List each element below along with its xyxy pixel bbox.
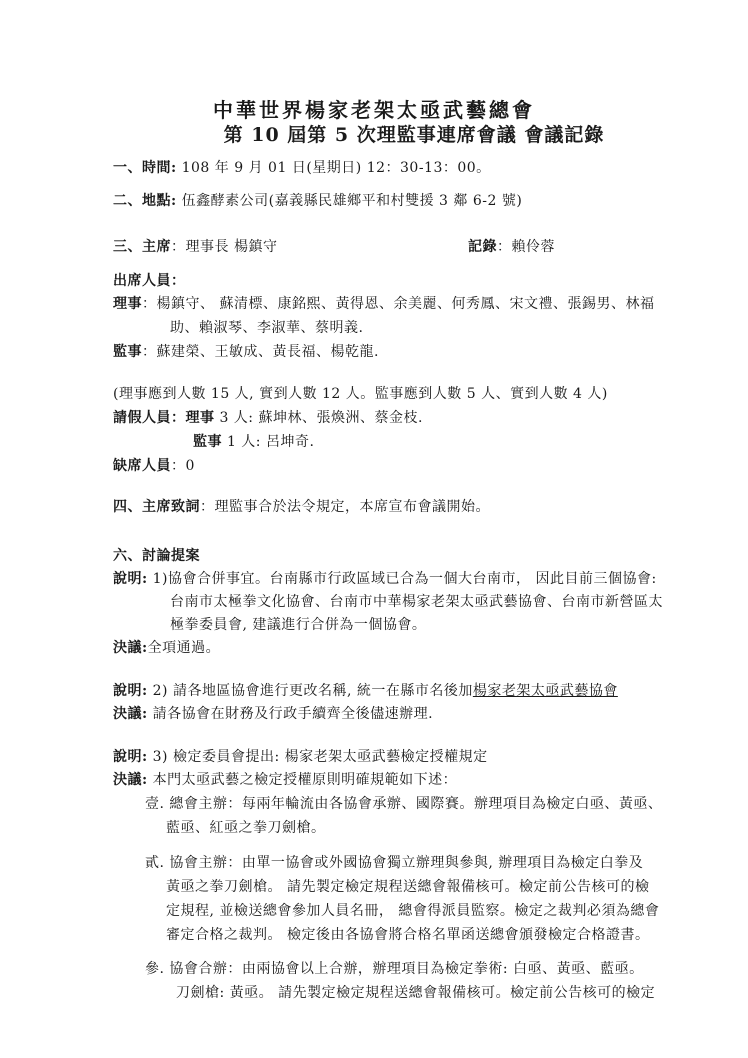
- item1-explain-cont1: 台南市太極拳文化協會、台南市中華楊家老架太亟武藝協會、台南市新營區太: [170, 591, 663, 611]
- leave-label: 請假人員：: [113, 410, 186, 426]
- discussion-heading: 六、討論提案: [113, 545, 200, 565]
- rule-3-line2: 刀劍槍: 黃亟。 請先製定檢定規程送總會報備核可。檢定前公告核可的檢定: [176, 982, 655, 1002]
- item1-explain-label: 說明:: [113, 571, 148, 587]
- rule-2-line3: 定規程, 並檢送總會參加人員名冊， 總會得派員監察。檢定之裁判必須為總會: [166, 900, 659, 920]
- leave-supervisors-row: 監事 1 人: 呂坤奇.: [193, 431, 314, 451]
- item1-resolution-text: 全項通過。: [148, 640, 221, 656]
- chair-row: 三、主席：理事長 楊鎮守: [113, 236, 277, 256]
- item3-explain-label: 說明:: [113, 749, 148, 765]
- item2-resolution-label: 決議:: [113, 706, 148, 722]
- absent-value: ：0: [171, 458, 195, 474]
- recorder-value: ：賴伶蓉: [497, 239, 555, 255]
- attendance-counts: (理事應到人數 15 人, 實到人數 12 人。監事應到人數 5 人、實到人數 …: [113, 383, 608, 403]
- item1-explain-text: 1)協會合併事宜。台南縣市行政區域已合為一個大台南市， 因此目前三個協會:: [148, 571, 657, 587]
- supervisors-row: 監事：蘇建榮、王敏成、黃長福、楊乾龍.: [113, 341, 379, 361]
- recorder-label: 記錄: [468, 239, 497, 255]
- item1-explain-cont2: 極拳委員會, 建議進行合併為一個協會。: [170, 614, 426, 634]
- rule-1-line2: 藍亟、紅亟之拳刀劍槍。: [166, 817, 326, 837]
- supervisors-list: ：蘇建榮、王敏成、黃長福、楊乾龍.: [142, 344, 379, 360]
- item1-resolution: 決議:全項通過。: [113, 637, 220, 657]
- directors-row: 理事：楊鎮守、 蘇清標、康銘熙、黃得恩、余美麗、何秀鳳、宋文禮、張錫男、林福: [113, 293, 654, 313]
- recorder-row: 記錄：賴伶蓉: [468, 236, 555, 256]
- rule-2-line2: 黃亟之拳刀劍槍。 請先製定檢定規程送總會報備核可。檢定前公告核可的檢: [166, 876, 649, 896]
- supervisors-label: 監事: [113, 344, 142, 360]
- place-row: 二、地點: 伍鑫酵素公司(嘉義縣民雄鄉平和村雙援 3 鄰 6-2 號): [113, 190, 522, 210]
- chair-value: ：理事長 楊鎮守: [171, 239, 277, 255]
- item2-resolution: 決議: 請各協會在財務及行政手續齊全後儘速辦理.: [113, 703, 433, 723]
- time-label: 一、時間:: [113, 160, 177, 176]
- absent-label: 缺席人員: [113, 458, 171, 474]
- item3-resolution-label: 決議:: [113, 772, 148, 788]
- place-label: 二、地點:: [113, 193, 177, 209]
- directors-list: ：楊鎮守、 蘇清標、康銘熙、黃得恩、余美麗、何秀鳳、宋文禮、張錫男、林福: [142, 296, 654, 312]
- rule-1-line1: 壹. 總會主辦：每兩年輪流由各協會承辦、國際賽。辦理項目為檢定白亟、黃亟、: [145, 793, 662, 813]
- rule-2-line4: 審定合格之裁判。 檢定後由各協會將合格名單函送總會頒發檢定合格證書。: [166, 924, 649, 944]
- directors-list-cont: 助、賴淑琴、李淑華、蔡明義.: [170, 317, 363, 337]
- leave-row: 請假人員：理事 3 人: 蘇坤林、張煥洲、蔡金枝.: [113, 407, 423, 427]
- leave-supervisors-value: 1 人: 呂坤奇.: [222, 434, 314, 450]
- item2-resolution-text: 請各協會在財務及行政手續齊全後儘速辦理.: [148, 706, 433, 722]
- opening-row: 四、主席致詞：理監事合於法令規定，本席宣布會議開始。: [113, 496, 490, 516]
- item1-explain: 說明: 1)協會合併事宜。台南縣市行政區域已合為一個大台南市， 因此目前三個協會…: [113, 568, 657, 588]
- item1-resolution-label: 決議:: [113, 640, 148, 656]
- leave-supervisors-label: 監事: [193, 434, 222, 450]
- item3-explain-text: 3) 檢定委員會提出: 楊家老架太亟武藝檢定授權規定: [148, 749, 488, 765]
- item2-explain-text: 2) 請各地區協會進行更改名稱, 統一在縣市名後加: [148, 683, 473, 699]
- meeting-title: 第 10 屆第 5 次理監事連席會議 會議記錄: [40, 120, 748, 147]
- time-value: 108 年 9 月 01 日(星期日) 12：30-13：00。: [177, 160, 491, 176]
- item2-explain: 說明: 2) 請各地區協會進行更改名稱, 統一在縣市名後加楊家老架太亟武藝協會: [113, 680, 618, 700]
- rule-2-line1: 貳. 協會主辦：由單一協會或外國協會獨立辦理與參與, 辦理項目為檢定白拳及: [145, 852, 643, 872]
- directors-label: 理事: [113, 296, 142, 312]
- place-value: 伍鑫酵素公司(嘉義縣民雄鄉平和村雙援 3 鄰 6-2 號): [177, 193, 523, 209]
- chair-label: 三、主席: [113, 239, 171, 255]
- time-row: 一、時間: 108 年 9 月 01 日(星期日) 12：30-13：00。: [113, 157, 491, 177]
- item2-explain-underlined: 楊家老架太亟武藝協會: [473, 683, 618, 699]
- organization-title: 中華世界楊家老架太亟武藝總會: [0, 94, 748, 123]
- item2-explain-label: 說明:: [113, 683, 148, 699]
- leave-directors-value: 3 人: 蘇坤林、張煥洲、蔡金枝.: [215, 410, 423, 426]
- opening-label: 四、主席致詞: [113, 499, 200, 515]
- leave-directors-label: 理事: [186, 410, 215, 426]
- item3-resolution-text: 本門太亟武藝之檢定授權原則明確規範如下述：: [148, 772, 457, 788]
- item3-resolution: 決議: 本門太亟武藝之檢定授權原則明確規範如下述：: [113, 769, 457, 789]
- item3-explain: 說明: 3) 檢定委員會提出: 楊家老架太亟武藝檢定授權規定: [113, 746, 488, 766]
- rule-3-line1: 參. 協會合辦：由兩協會以上合辦，辦理項目為檢定拳術: 白亟、黃亟、藍亟。: [145, 958, 644, 978]
- opening-value: ：理監事合於法令規定，本席宣布會議開始。: [200, 499, 490, 515]
- absent-row: 缺席人員：0: [113, 455, 195, 475]
- attendees-heading: 出席人員：: [113, 270, 186, 290]
